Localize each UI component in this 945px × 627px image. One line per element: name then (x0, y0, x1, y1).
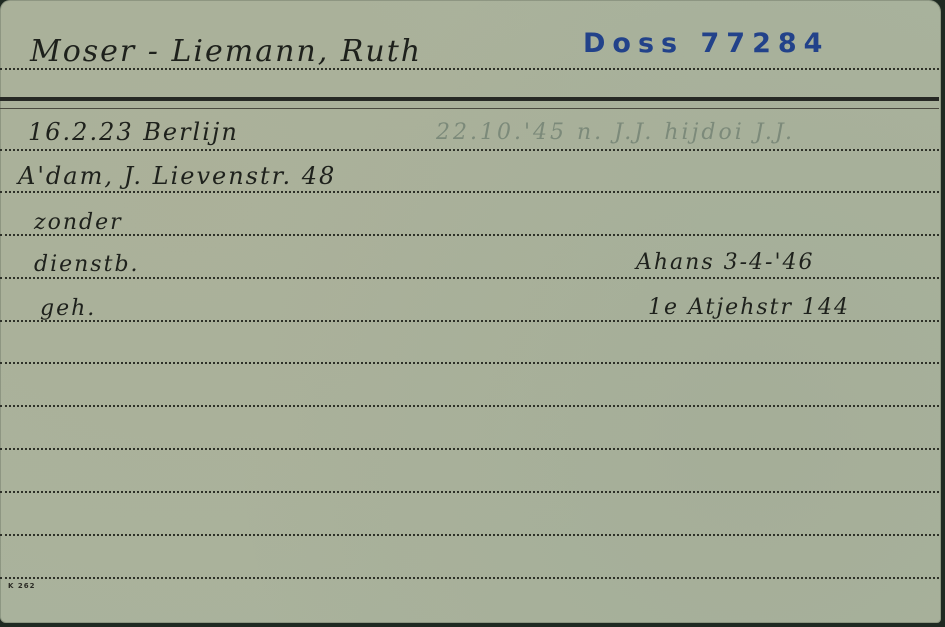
ruled-line (0, 234, 939, 236)
religion: zonder (34, 210, 123, 235)
registration-card: Moser - Liemann, Ruth Doss 77284 16.2.23… (0, 0, 941, 623)
ruled-line (0, 149, 939, 151)
birth-date-place: 16.2.23 Berlijn (28, 118, 239, 146)
occupation: dienstb. (34, 252, 140, 277)
ruled-line (0, 405, 939, 407)
ruled-line (0, 320, 939, 322)
ruled-line (0, 534, 939, 536)
return-date: Ahans 3-4-'46 (636, 250, 815, 275)
form-code: K 262 (8, 582, 35, 590)
ruled-line (0, 277, 939, 279)
new-address: 1e Atjehstr 144 (648, 295, 850, 320)
header-separator (0, 97, 939, 109)
address: A'dam, J. Lievenstr. 48 (18, 162, 336, 190)
ruled-line (0, 577, 939, 579)
person-name: Moser - Liemann, Ruth (30, 34, 422, 69)
ruled-line (0, 362, 939, 364)
ruled-line (0, 448, 939, 450)
pencil-annotation: 22.10.'45 n. J.J. hijdoi J.J. (436, 120, 795, 145)
marital-status: geh. (40, 296, 96, 321)
dossier-number: Doss 77284 (583, 28, 829, 59)
ruled-line (0, 191, 939, 193)
ruled-line (0, 491, 939, 493)
